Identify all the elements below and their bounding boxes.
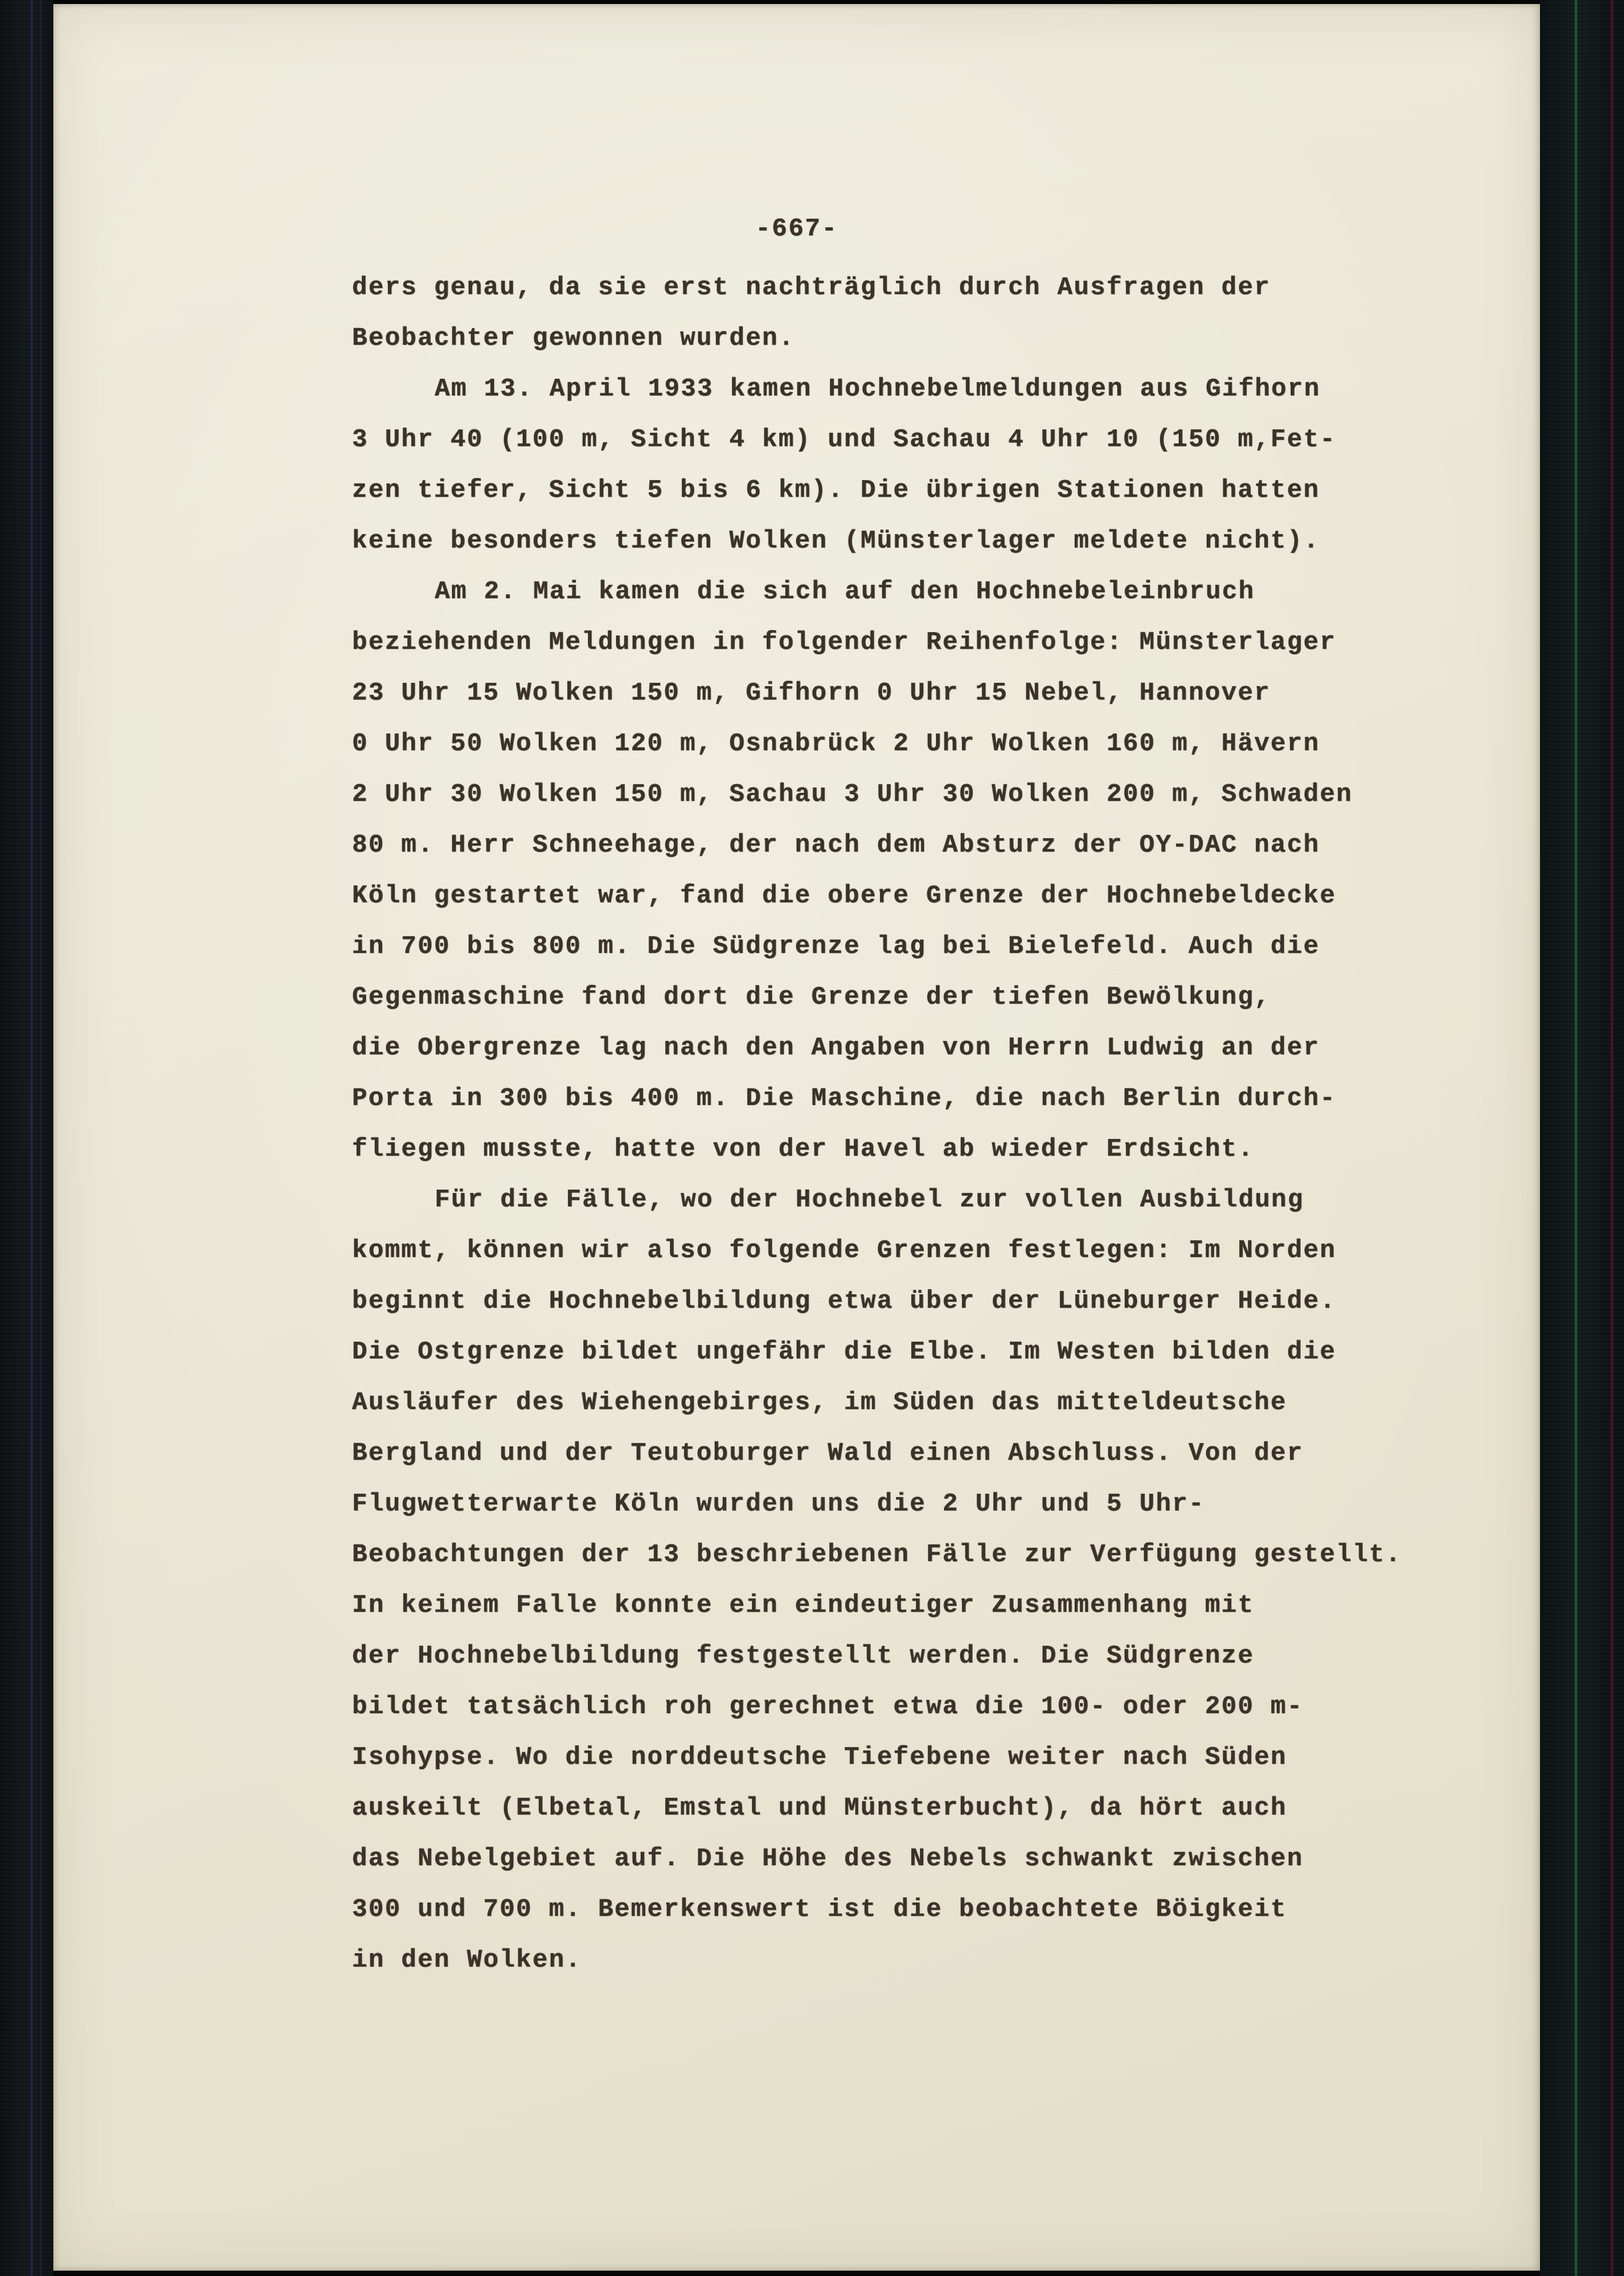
text-line: der Hochnebelbildung festgestellt werden… xyxy=(352,1631,1472,1682)
text-line: Gegenmaschine fand dort die Grenze der t… xyxy=(352,972,1472,1023)
text-line: beziehenden Meldungen in folgender Reihe… xyxy=(352,618,1472,668)
text-line: das Nebelgebiet auf. Die Höhe des Nebels… xyxy=(352,1834,1472,1885)
text-line: fliegen musste, hatte von der Havel ab w… xyxy=(352,1124,1472,1175)
text-line: In keinem Falle konnte ein eindeutiger Z… xyxy=(352,1580,1472,1631)
text-line: Bergland und der Teutoburger Wald einen … xyxy=(352,1428,1472,1479)
text-line: kommt, können wir also folgende Grenzen … xyxy=(352,1226,1472,1276)
scanned-book-page: -667- ders genau, da sie erst nachträgli… xyxy=(0,0,1624,2276)
text-line: Die Ostgrenze bildet ungefähr die Elbe. … xyxy=(352,1327,1472,1378)
text-line: beginnt die Hochnebelbildung etwa über d… xyxy=(352,1276,1472,1327)
text-line: in den Wolken. xyxy=(352,1935,1472,1986)
text-line: 300 und 700 m. Bemerkenswert ist die beo… xyxy=(352,1885,1472,1935)
page-number: -667- xyxy=(53,215,1540,243)
text-line: 23 Uhr 15 Wolken 150 m, Gifhorn 0 Uhr 15… xyxy=(352,668,1472,719)
text-line: keine besonders tiefen Wolken (Münsterla… xyxy=(352,516,1472,567)
text-line: Für die Fälle, wo der Hochnebel zur voll… xyxy=(352,1175,1472,1226)
text-line: in 700 bis 800 m. Die Südgrenze lag bei … xyxy=(352,922,1472,972)
text-line: Isohypse. Wo die norddeutsche Tiefebene … xyxy=(352,1733,1472,1783)
text-line: Am 2. Mai kamen die sich auf den Hochneb… xyxy=(352,567,1472,618)
paper-sheet: -667- ders genau, da sie erst nachträgli… xyxy=(53,4,1540,2271)
text-line: auskeilt (Elbetal, Emstal und Münsterbuc… xyxy=(352,1783,1472,1834)
text-line: ders genau, da sie erst nachträglich dur… xyxy=(352,263,1472,313)
text-line: 3 Uhr 40 (100 m, Sicht 4 km) und Sachau … xyxy=(352,415,1472,465)
text-line: Beobachter gewonnen wurden. xyxy=(352,313,1472,364)
text-line: Am 13. April 1933 kamen Hochnebelmeldung… xyxy=(352,364,1472,415)
text-line: Ausläufer des Wiehengebirges, im Süden d… xyxy=(352,1378,1472,1428)
book-cover-right-band xyxy=(1540,0,1624,2276)
text-line: 2 Uhr 30 Wolken 150 m, Sachau 3 Uhr 30 W… xyxy=(352,770,1472,820)
text-line: Beobachtungen der 13 beschriebenen Fälle… xyxy=(352,1530,1472,1580)
typewritten-text-block: ders genau, da sie erst nachträglich dur… xyxy=(352,263,1472,1986)
text-line: Porta in 300 bis 400 m. Die Maschine, di… xyxy=(352,1074,1472,1124)
text-line: bildet tatsächlich roh gerechnet etwa di… xyxy=(352,1682,1472,1733)
text-line: Flugwetterwarte Köln wurden uns die 2 Uh… xyxy=(352,1479,1472,1530)
text-line: die Obergrenze lag nach den Angaben von … xyxy=(352,1023,1472,1074)
text-line: zen tiefer, Sicht 5 bis 6 km). Die übrig… xyxy=(352,465,1472,516)
book-cover-left-band xyxy=(0,0,53,2276)
text-line: 0 Uhr 50 Wolken 120 m, Osnabrück 2 Uhr W… xyxy=(352,719,1472,770)
text-line: 80 m. Herr Schneehage, der nach dem Abst… xyxy=(352,820,1472,871)
text-line: Köln gestartet war, fand die obere Grenz… xyxy=(352,871,1472,922)
